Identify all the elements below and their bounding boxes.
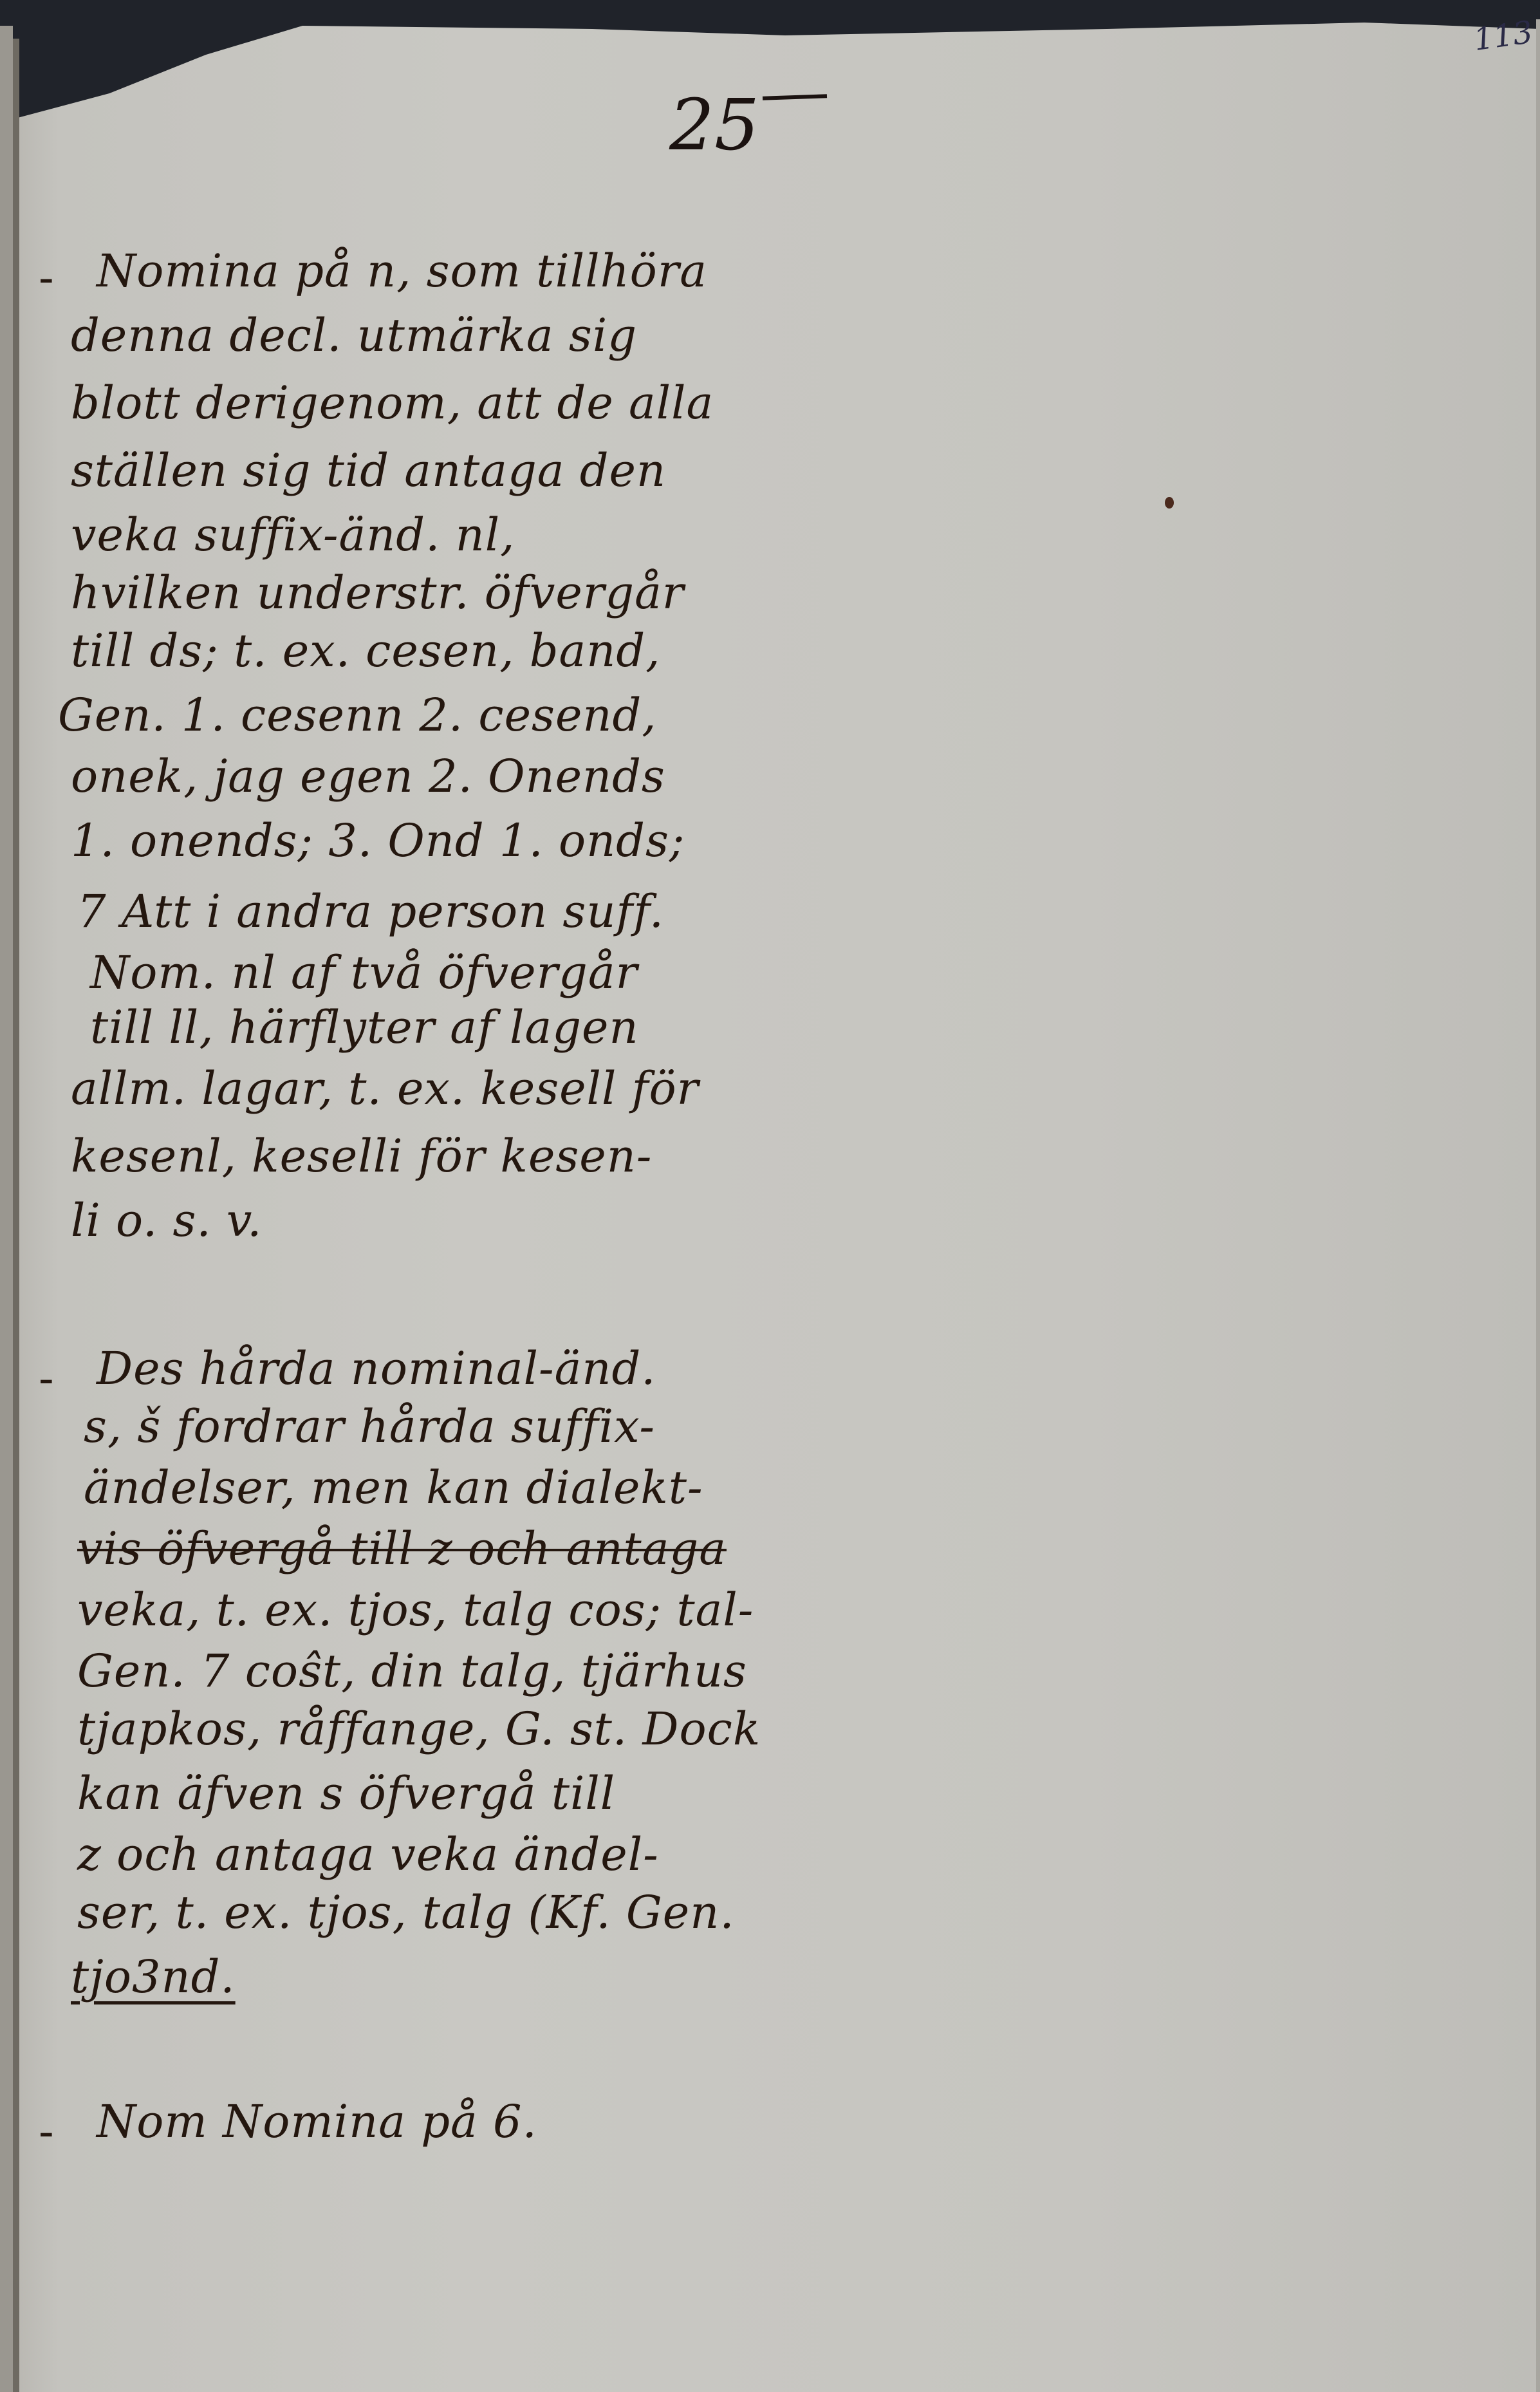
text-line: ändelser, men kan dialekt- xyxy=(84,1461,703,1514)
text-line: kesenl, keselli för kesen- xyxy=(71,1130,652,1182)
section-dash: - xyxy=(39,2105,54,2158)
section-dash: - xyxy=(39,1352,54,1405)
text-line: Gen. 1. cesenn 2. cesend, xyxy=(58,689,657,742)
text-line: Nomina på n, som tillhöra xyxy=(97,245,707,297)
section-dash: - xyxy=(39,251,54,304)
binding-gutter xyxy=(13,39,19,2392)
text-line: hvilken understr. öfvergår xyxy=(71,566,684,619)
text-line: ser, t. ex. tjos, talg (Kf. Gen. xyxy=(77,1886,735,1939)
text-line: ställen sig tid antaga den xyxy=(71,444,666,497)
text-line: Gen. 7 coŝt, din talg, tjärhus xyxy=(77,1645,747,1697)
text-line: 7 Att i andra person suff. xyxy=(77,885,664,938)
text-line: allm. lagar, t. ex. kesell för xyxy=(71,1062,699,1115)
text-line: 1. onends; 3. Ond 1. onds; xyxy=(71,814,685,867)
text-line: tjapkos, råffange, G. st. Dock xyxy=(77,1703,761,1755)
photo-scene: 113 25 - Nomina på n, som tillhöra denna… xyxy=(0,0,1540,2392)
text-line: denna decl. utmärka sig xyxy=(71,309,637,362)
text-line: till ll, härflyter af lagen xyxy=(90,1001,639,1054)
text-line: vis öfvergå till z och antaga xyxy=(77,1522,727,1575)
text-line: blott derigenom, att de alla xyxy=(71,377,714,429)
text-line: veka suffix-änd. nl, xyxy=(71,509,515,561)
ink-spot xyxy=(1165,497,1174,509)
text-line: onek, jag egen 2. Onends xyxy=(71,750,665,803)
text-line: kan äfven s öfvergå till xyxy=(77,1767,615,1820)
page-right-edge xyxy=(1536,19,1540,2392)
page-number: 25 xyxy=(669,84,759,166)
text-line: Nom Nomina på 6. xyxy=(97,2095,537,2148)
text-line: Des hårda nominal-änd. xyxy=(97,1342,656,1395)
text-line: li o. s. v. xyxy=(71,1194,262,1247)
text-line: till ds; t. ex. cesen, band, xyxy=(71,624,660,677)
text-line: tjo3nd. xyxy=(71,1950,236,2003)
text-line: s, š fordrar hårda suffix- xyxy=(84,1400,655,1453)
text-line: z och antaga veka ändel- xyxy=(77,1828,659,1881)
adjacent-page-edge xyxy=(0,26,13,2392)
text-line: veka, t. ex. tjos, talg cos; tal- xyxy=(77,1584,754,1636)
text-line: Nom. nl af två öfvergår xyxy=(90,946,638,999)
